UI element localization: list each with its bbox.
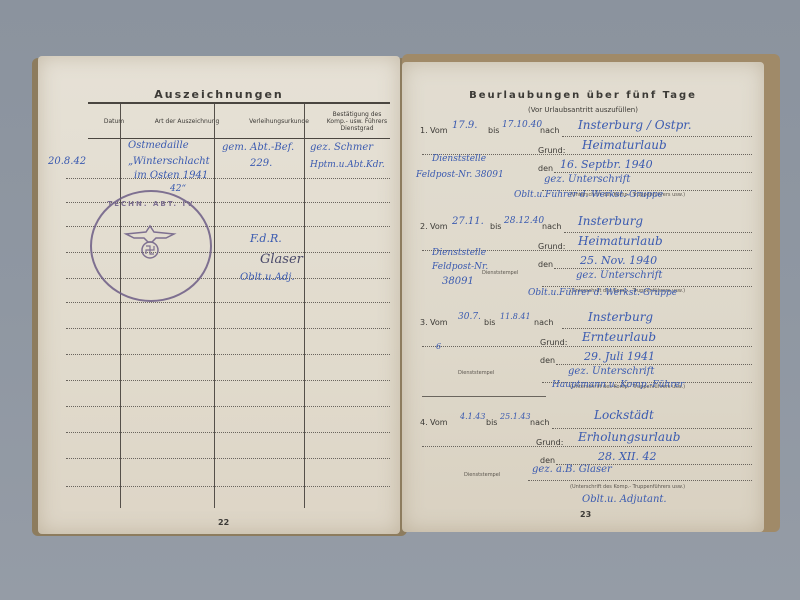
entry-1-den-label: den [538, 164, 553, 173]
page-number-left: 22 [218, 518, 229, 527]
award-line2: „Winterschlacht [128, 156, 210, 167]
entry-2-stamp-note-2: Feldpost-Nr. [432, 262, 488, 272]
dotted-line [556, 364, 752, 365]
award-line3: im Osten 1941 [134, 170, 208, 181]
entry-1-number: 1. [420, 126, 428, 135]
entry-2-grund-label: Grund: [538, 242, 565, 251]
dotted-line [562, 328, 752, 329]
entry-2-signer-title: Oblt.u.Führer d. Werkst.-Gruppe [528, 288, 677, 298]
entry-4-from: 4.1.43 [460, 412, 485, 421]
entry-2-number: 2. [420, 222, 428, 231]
stamp-text: TECHN. ABT. IV [92, 200, 210, 208]
entry-1-destination: Insterburg / Ostpr. [578, 118, 692, 132]
dotted-row [66, 458, 390, 459]
entry-1-stamp-note-1: Dienststelle [432, 154, 486, 164]
entry-1-date: 16. Septbr. 1940 [560, 158, 653, 171]
entry-4-vom-label: Vom [430, 418, 448, 427]
page-number-right: 23 [580, 510, 591, 519]
dotted-line [554, 268, 752, 269]
dotted-line [552, 428, 752, 429]
entry-2-vom-label: Vom [430, 222, 448, 231]
left-page: Auszeichnungen Datum Art der Auszeichnun… [38, 56, 400, 534]
entry-1-reason: Heimaturlaub [582, 138, 667, 152]
entry-1-nach-label: nach [540, 126, 559, 135]
dotted-row [66, 486, 390, 487]
dotted-row [66, 406, 390, 407]
soldbuch-open: Auszeichnungen Datum Art der Auszeichnun… [30, 52, 782, 542]
entry-3-signer-title: Hauptmann u. Komp.-Führer [552, 380, 684, 390]
certificate-line1: gem. Abt.-Bef. [222, 142, 294, 153]
confirmation-line1: gez. Schmer [310, 142, 373, 153]
entry-2-reason: Heimaturlaub [578, 234, 663, 248]
entry-4-signature-caption: (Unterschrift des Komp.- Truppenführers … [570, 484, 685, 490]
entry-3-stamp-note: 6 [436, 342, 441, 351]
entry-2-nach-label: nach [542, 222, 561, 231]
unit-stamp: TECHN. ABT. IV [90, 190, 212, 302]
entry-3-to: 11.8.41 [500, 312, 531, 321]
entry-2-destination: Insterburg [578, 214, 643, 228]
confirmation-line2: Hptm.u.Abt.Kdr. [310, 160, 385, 170]
entry-4-destination: Lockstädt [594, 408, 654, 422]
entry-3-grund-label: Grund: [540, 338, 567, 347]
entry-2-den-label: den [538, 260, 553, 269]
column-divider [214, 104, 215, 508]
dotted-line [562, 136, 752, 137]
certificate-line2: 229. [250, 158, 272, 169]
entry-2-dienststempel: Dienststempel [482, 270, 518, 276]
entry-3-vom-label: Vom [430, 318, 448, 327]
dotted-row [66, 328, 390, 329]
entry-3-den-label: den [540, 356, 555, 365]
signature-line [528, 480, 752, 481]
eagle-swastika-stamp-icon [120, 220, 180, 260]
dotted-row [66, 380, 390, 381]
signature-line [542, 286, 752, 287]
right-page-title: Beurlaubungen über fünf Tage [402, 90, 764, 101]
entry-4-signer-title: Oblt.u. Adjutant. [582, 494, 667, 505]
entry-4-bis-label: bis [486, 418, 497, 427]
fdr-note: F.d.R. [250, 232, 282, 245]
left-page-title: Auszeichnungen [38, 88, 400, 101]
dotted-line [422, 346, 752, 347]
col-datum: Datum [88, 104, 140, 138]
entry-1-bis-label: bis [488, 126, 499, 135]
entry-3-number: 3. [420, 318, 428, 327]
right-page-subtitle: (Vor Urlaubsantritt auszufüllen) [402, 106, 764, 114]
entry-3-bis-label: bis [484, 318, 495, 327]
entry-1-stamp-note-2: Feldpost-Nr. 38091 [416, 170, 504, 180]
awards-table-header: Datum Art der Auszeichnung Verleihungsur… [88, 102, 390, 139]
column-divider [304, 104, 305, 508]
entry-3-destination: Insterburg [588, 310, 653, 324]
dotted-row [66, 302, 390, 303]
entry-1-signed: gez. Unterschrift [544, 174, 630, 185]
entry-4-to: 25.1.43 [500, 412, 531, 421]
entry-2-stamp-note-1: Dienststelle [432, 248, 486, 258]
entry-1-from: 17.9. [452, 120, 477, 131]
entry-4-nach-label: nach [530, 418, 549, 427]
col-certificate: Verleihungsurkunde [234, 104, 324, 138]
entry-4-signed: gez. a.B. Glaser [532, 464, 612, 475]
entry-3-date: 29. Juli 1941 [584, 350, 655, 363]
entry-2-to: 28.12.40 [504, 216, 544, 226]
award-line4: 42“ [170, 184, 186, 194]
dotted-line [564, 232, 752, 233]
col-award-type: Art der Auszeichnung [140, 104, 234, 138]
dotted-row [66, 354, 390, 355]
dotted-row [66, 178, 390, 179]
entry-3-reason: Ernteurlaub [582, 330, 656, 344]
award-date: 20.8.42 [48, 156, 86, 167]
dotted-line [554, 172, 752, 173]
entry-4-grund-label: Grund: [536, 438, 563, 447]
signature: Glaser [260, 252, 303, 267]
entry-4-dienststempel: Dienststempel [464, 472, 500, 478]
entry-3-dienststempel: Dienststempel [458, 370, 494, 376]
dotted-row [66, 432, 390, 433]
entry-1-grund-label: Grund: [538, 146, 565, 155]
entry-2-bis-label: bis [490, 222, 501, 231]
signer-rank: Oblt.u.Adj. [240, 272, 295, 283]
entry-2-signed: gez. Unterschrift [576, 270, 662, 281]
entry-2-date: 25. Nov. 1940 [580, 254, 657, 267]
entry-1-to: 17.10.40 [502, 120, 542, 130]
entry-3-nach-label: nach [534, 318, 553, 327]
entry-2-from: 27.11. [452, 216, 484, 227]
entry-1-signer-title: Oblt.u.Führer d. Werkst.-Gruppe [514, 190, 663, 200]
entry-3-from: 30.7. [458, 312, 481, 322]
entry-1-vom-label: Vom [430, 126, 448, 135]
separator-line [422, 396, 546, 397]
right-page: Beurlaubungen über fünf Tage (Vor Urlaub… [402, 62, 764, 532]
entry-2-stamp-note-3: 38091 [442, 276, 474, 287]
column-divider [120, 104, 121, 508]
dotted-line [422, 446, 752, 447]
col-confirmation: Bestätigung des Komp.- usw. Führers Dien… [324, 104, 390, 138]
award-line1: Ostmedaille [128, 140, 189, 151]
entry-4-number: 4. [420, 418, 428, 427]
entry-3-signed: gez. Unterschrift [568, 366, 654, 377]
entry-4-reason: Erholungsurlaub [578, 430, 680, 444]
entry-4-date: 28. XII. 42 [598, 450, 657, 463]
